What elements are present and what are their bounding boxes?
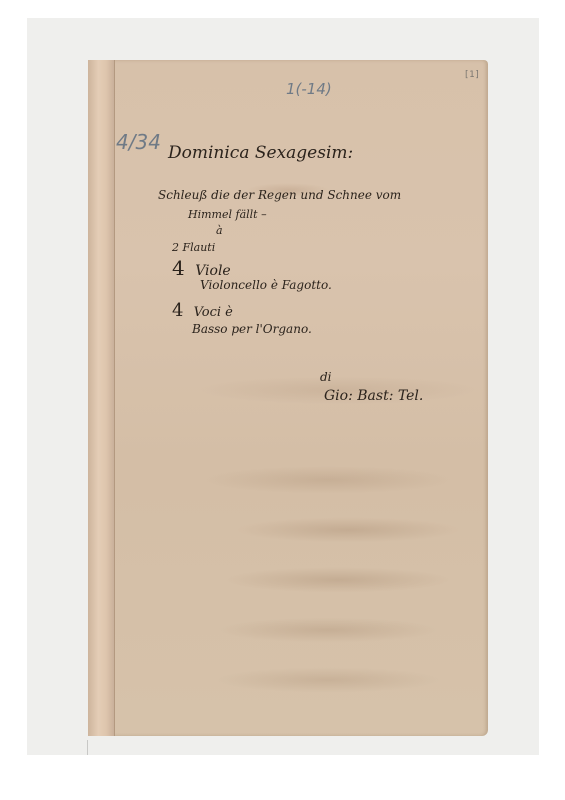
instrument-flauti: 2 Flauti bbox=[172, 241, 215, 254]
voices: 4 Voci è bbox=[172, 300, 233, 321]
viole-label: Viole bbox=[195, 263, 231, 279]
composer-signature: Gio: Bast: Tel. bbox=[324, 388, 423, 404]
a-marker: à bbox=[216, 224, 223, 237]
folio-stamp: [1] bbox=[464, 70, 480, 80]
voci-label: Voci è bbox=[194, 305, 233, 320]
page-title: Dominica Sexagesim: bbox=[168, 143, 353, 163]
scan-edge-line bbox=[87, 740, 88, 755]
viole-number: 4 bbox=[172, 256, 185, 280]
incipit-line-1-text: Schleuß die der Regen und Schnee vom bbox=[158, 188, 401, 202]
instrument-violoncello: Violoncello è Fagotto. bbox=[200, 278, 332, 292]
voci-number: 4 bbox=[172, 300, 183, 321]
attribution-di: di bbox=[320, 370, 332, 384]
manuscript-page: [1] 4/34 1(-14) Dominica Sexagesim: Schl… bbox=[88, 60, 488, 736]
instrument-basso: Basso per l'Organo. bbox=[192, 322, 312, 336]
incipit-line-1: Schleuß die der Regen und Schnee vom bbox=[158, 188, 401, 202]
pencil-number: 1(-14) bbox=[286, 80, 332, 98]
incipit-line-2: Himmel fällt – bbox=[188, 208, 267, 221]
spine-strip bbox=[88, 60, 115, 736]
instrument-viole: 4 Viole bbox=[172, 256, 231, 280]
pencil-shelfmark: 4/34 bbox=[116, 130, 161, 154]
